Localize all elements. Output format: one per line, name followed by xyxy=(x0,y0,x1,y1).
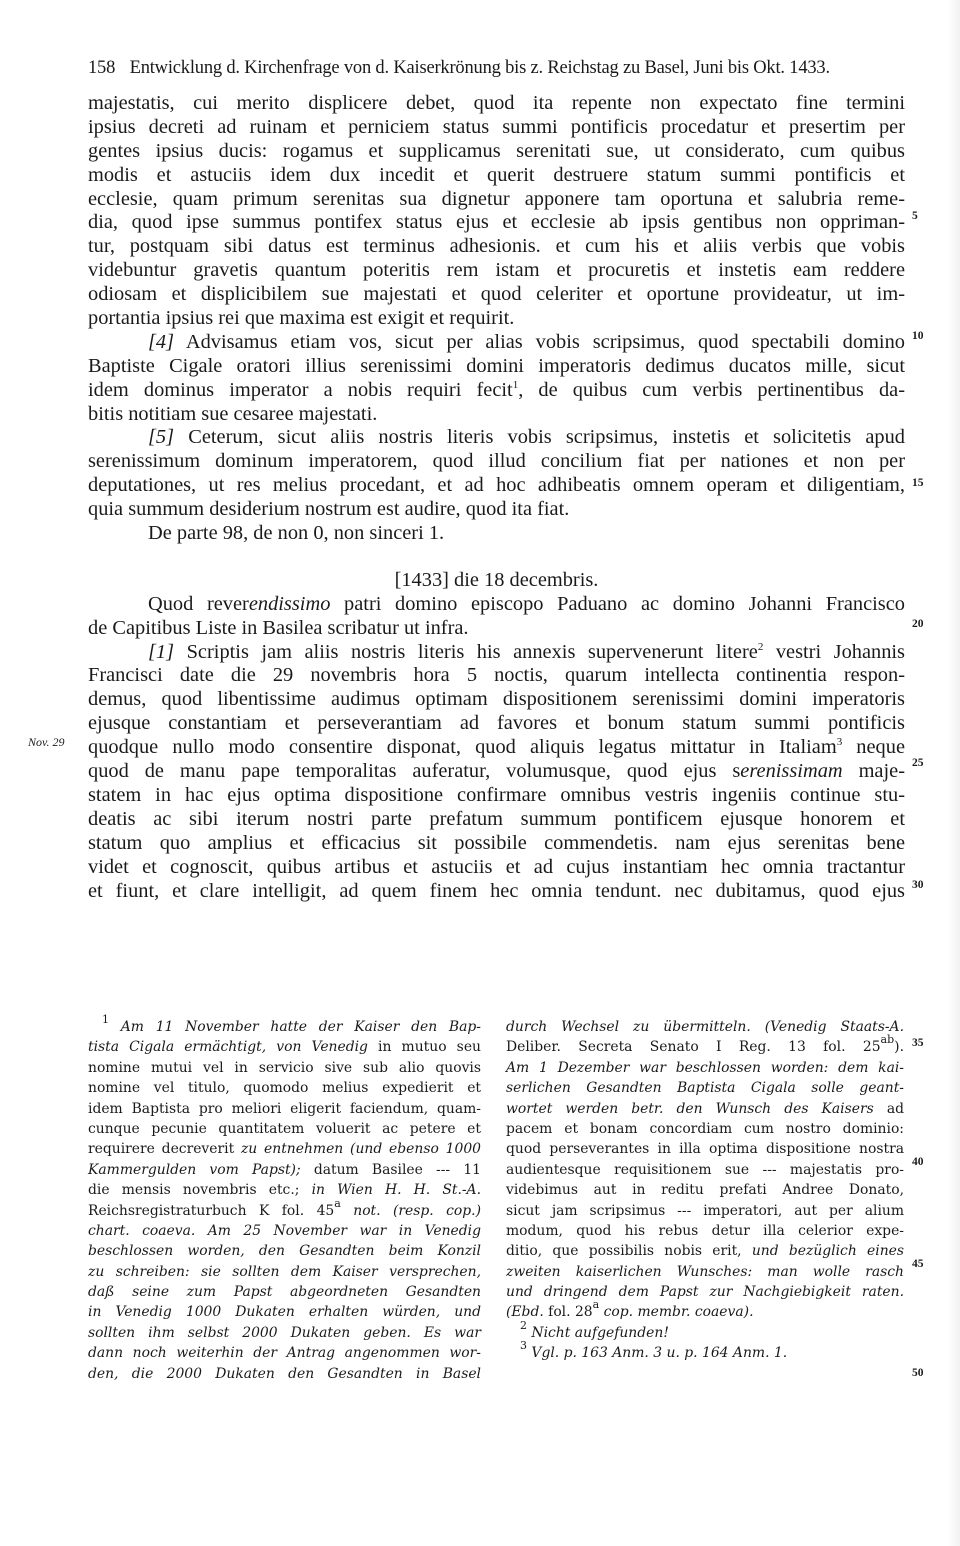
paragraph-marker: [5] xyxy=(148,426,174,448)
footnote-line: Deliber. Secreta Senato I Reg. 13 fol. 2… xyxy=(506,1037,904,1057)
text-line: ejusque constantiam et perseverantiam ad… xyxy=(88,712,905,736)
footnote-line: wortet werden betr. den Wunsch des Kaise… xyxy=(506,1099,904,1119)
footnote-line: Kammergulden vom Papst); datum Basilee -… xyxy=(88,1160,481,1180)
rubric-line: Quod reverendissimo patri domino episcop… xyxy=(88,593,905,617)
line-number: 25 xyxy=(912,757,924,769)
scan-edge-shadow xyxy=(948,0,960,1546)
footnote-line: den, die 2000 Dukaten den Gesandten in B… xyxy=(88,1364,481,1384)
text-line: videt et cognoscit, quibus artibus et as… xyxy=(88,856,905,880)
footnote-line: nomine mutui vel in servicio sive sub al… xyxy=(88,1058,481,1078)
line-number: 45 xyxy=(912,1258,924,1270)
text-line: majestatis, cui merito displicere debet,… xyxy=(88,92,905,116)
line-number: 30 xyxy=(912,879,924,891)
line-number: 15 xyxy=(912,477,924,489)
dateline: [1433] die 18 decembris. xyxy=(88,569,905,593)
footnote-line: beschlossen worden, den Gesandten beim K… xyxy=(88,1241,481,1261)
footnote-line: durch Wechsel zu übermitteln. (Venedig S… xyxy=(506,1017,904,1037)
text-line: statem in hac ejus optima dispositione c… xyxy=(88,784,905,808)
footnotes-right-column: durch Wechsel zu übermitteln. (Venedig S… xyxy=(506,1017,904,1364)
text-line: deputationes, ut res melius procedant, e… xyxy=(88,474,905,498)
text-line: ecclesie, quam primum serenitas sua dign… xyxy=(88,188,905,212)
running-head-title: Entwicklung d. Kirchenfrage von d. Kaise… xyxy=(130,58,830,78)
footnote-line: die mensis novembris etc.; in Wien H. H.… xyxy=(88,1180,481,1200)
text-line: ipsius decreti ad ruinam et perniciem st… xyxy=(88,116,905,140)
text-line: quia summum desiderium nostrum est audir… xyxy=(88,498,905,522)
line-number: 10 xyxy=(912,330,924,342)
footnote-line: chart. coaeva. Am 25 November war in Ven… xyxy=(88,1221,481,1241)
footnote-line: audientesque requisitionem sue --- majes… xyxy=(506,1160,904,1180)
footnote-1: 1 Am 11 November hatte der Kaiser den Ba… xyxy=(88,1017,481,1037)
line-number: 20 xyxy=(912,618,924,630)
vote-result: De parte 98, de non 0, non sinceri 1. xyxy=(88,522,905,546)
paragraph-marker: [1] xyxy=(148,641,174,663)
paragraph-4-start: [4] Advisamus etiam vos, sicut per alias… xyxy=(88,331,905,355)
line-number: 50 xyxy=(912,1367,924,1379)
text-line: gentes ipsius ducis: rogamus et supplica… xyxy=(88,140,905,164)
footnote-3: 3 Vgl. p. 163 Anm. 3 u. p. 164 Anm. 1. xyxy=(506,1343,904,1363)
text-line: videbuntur gravetis quantum poteritis re… xyxy=(88,259,905,283)
footnote-line: quod perseverantes in illa optima dispos… xyxy=(506,1139,904,1159)
main-text: majestatis, cui merito displicere debet,… xyxy=(88,92,905,903)
footnote-line: sollten ihm selbst 2000 Dukaten geben. E… xyxy=(88,1323,481,1343)
page-number: 158 xyxy=(88,58,115,78)
footnote-line: idem Baptista pro meliori eligerit facie… xyxy=(88,1099,481,1119)
footnote-line: tista Cigala ermächtigt, von Venedig in … xyxy=(88,1037,481,1057)
text-line: deatis ac sibi iterum nostri parte prefa… xyxy=(88,808,905,832)
text-line: idem dominus imperator a nobis requiri f… xyxy=(88,379,905,403)
margin-date-note: Nov. 29 xyxy=(28,735,64,750)
footnote-line: zweiten kaiserlichen Wunsches: man wolle… xyxy=(506,1262,904,1282)
footnote-line: nomine vel titulo, quomodo melius expedi… xyxy=(88,1078,481,1098)
footnote-line: zu schreiben: sie sollten dem Kaiser ver… xyxy=(88,1262,481,1282)
text-line: bitis notitiam sue cesaree majestati. xyxy=(88,403,905,427)
text-line: quodque nullo modo consentire disponat, … xyxy=(88,736,905,760)
footnote-line: sicut jam scripsimus --- imperatori, aut… xyxy=(506,1201,904,1221)
line-number: 5 xyxy=(912,210,918,222)
line-number: 40 xyxy=(912,1156,924,1168)
footnote-line: (Ebd. fol. 28a cop. membr. coaeva). xyxy=(506,1302,904,1322)
paragraph-1-start: [1] Scriptis jam aliis nostris literis h… xyxy=(88,641,905,665)
text-line: quod de manu pape temporalitas auferatur… xyxy=(88,760,905,784)
footnote-line: daß seine zum Papst abgeordneten Gesandt… xyxy=(88,1282,481,1302)
footnote-2: 2 Nicht aufgefunden! xyxy=(506,1323,904,1343)
text-line: Baptiste Cigale oratori illius serenissi… xyxy=(88,355,905,379)
footnote-line: videbimus aut in reditu prefati Andree D… xyxy=(506,1180,904,1200)
text-line: dia, quod ipse summus pontifex status ej… xyxy=(88,211,905,235)
footnote-line: ditio, que possibilis nobis erit, und be… xyxy=(506,1241,904,1261)
footnote-line: Am 1 Dezember war beschlossen worden: de… xyxy=(506,1058,904,1078)
footnote-line: dann noch weiterhin der Antrag angenomme… xyxy=(88,1343,481,1363)
document-page: 158 Entwicklung d. Kirchenfrage von d. K… xyxy=(0,0,960,1546)
text-line: tur, postquam sibi datus est terminus ad… xyxy=(88,235,905,259)
rubric-line: de Capitibus Liste in Basilea scribatur … xyxy=(88,617,905,641)
footnote-line: modum, quod his rebus detur illa celerio… xyxy=(506,1221,904,1241)
text-line: odiosam et displicibilem sue majestati e… xyxy=(88,283,905,307)
text-line: serenissimum dominum imperatorem, quod i… xyxy=(88,450,905,474)
text-line: demus, quod libentissime audimus optimam… xyxy=(88,688,905,712)
footnote-line: in Venedig 1000 Dukaten erhalten würden,… xyxy=(88,1302,481,1322)
footnote-line: pacem et bonam concordiam cum nostro dom… xyxy=(506,1119,904,1139)
text-line: statum quo amplius et efficacius sit pos… xyxy=(88,832,905,856)
text-line: et fiunt, et clare intelligit, ad quem f… xyxy=(88,880,905,904)
text-line: modis et astuciis idem dux incedit et qu… xyxy=(88,164,905,188)
footnote-line: Reichsregistraturbuch K fol. 45a not. (r… xyxy=(88,1201,481,1221)
footnotes-left-column: 1 Am 11 November hatte der Kaiser den Ba… xyxy=(88,1017,481,1384)
text-line: portantia ipsius rei que maxima est exig… xyxy=(88,307,905,331)
footnote-line: requirere decreverit zu entnehmen (und e… xyxy=(88,1139,481,1159)
text-line: Francisci date die 29 novembris hora 5 n… xyxy=(88,664,905,688)
paragraph-marker: [4] xyxy=(148,331,174,353)
running-head: 158 Entwicklung d. Kirchenfrage von d. K… xyxy=(88,58,908,79)
paragraph-5-start: [5] Ceterum, sicut aliis nostris literis… xyxy=(88,426,905,450)
footnote-line: und dringend dem Papst zur Nachgiebigkei… xyxy=(506,1282,904,1302)
footnote-line: cunque pecunie quantitatem voluerit ac p… xyxy=(88,1119,481,1139)
line-number: 35 xyxy=(912,1037,924,1049)
footnote-line: serlichen Gesandten Baptista Cigala soll… xyxy=(506,1078,904,1098)
